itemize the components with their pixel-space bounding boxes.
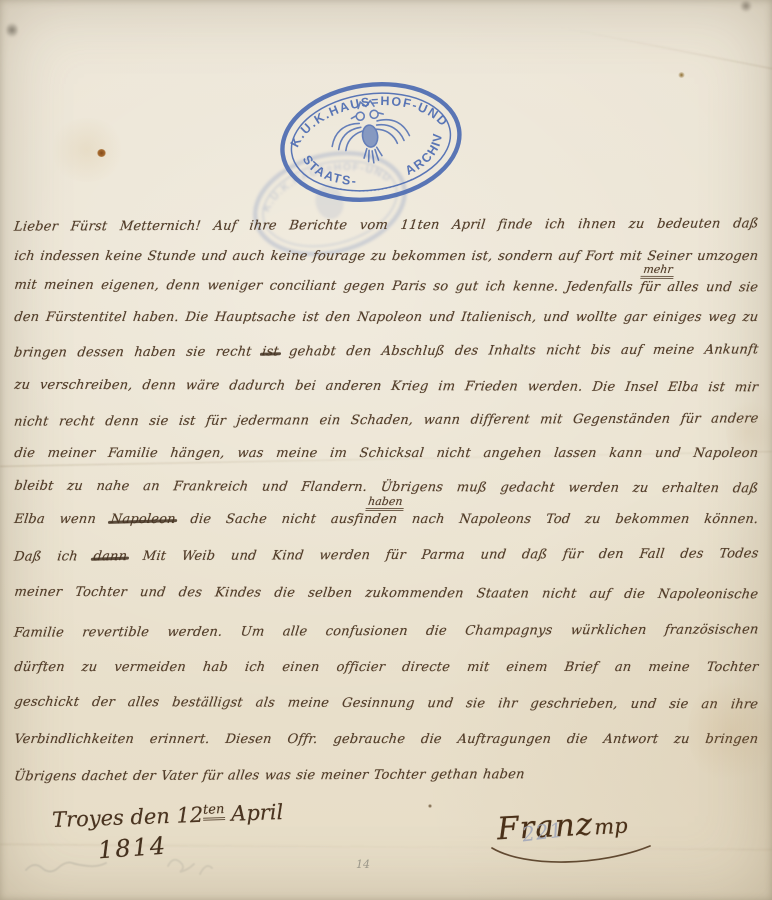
pencil-number: 221 (521, 818, 565, 847)
handwritten-line: Übrigens dachet der Vater für alles was … (12, 764, 663, 793)
handwritten-line: Verbindlichkeiten erinnert. Diesen Offr.… (12, 729, 759, 755)
handwritten-line: nicht recht denn sie ist für jedermann e… (12, 408, 759, 437)
paper: K.U.K.HAUS=HOF-UND K.U.K.HAUS=HOF-UND ST… (0, 0, 772, 900)
handwritten-line: Daß ich dann Mit Weib und Kind werden fü… (12, 543, 759, 572)
handwritten-line: zu verschreiben, denn wäre dadurch bei a… (13, 375, 760, 404)
handwritten-line: den Fürstentitel haben. Die Hauptsache i… (12, 307, 759, 333)
inserted-word: haben (365, 496, 405, 511)
struck-word: Napoleon (110, 512, 177, 527)
signature-mp: mp (594, 814, 629, 840)
handwritten-line: geschickt der alles beställigst als mein… (13, 692, 760, 721)
struck-word: ist (261, 344, 279, 359)
dateline-ordinal: ten (203, 802, 225, 821)
page-number-pencil: 14 (356, 858, 370, 871)
handwritten-line: mit meinen eigenen, denn weniger concili… (13, 275, 760, 304)
letter-body: Lieber Fürst Metternich! Auf ihre Berich… (0, 0, 772, 900)
edge-smudge (6, 22, 18, 38)
edge-smudge (740, 0, 752, 12)
inserted-word: mehr (640, 264, 675, 279)
handwritten-line: die meiner Familie hängen, was meine im … (12, 443, 759, 469)
handwritten-line: Elba wenn Napoleon die Sache nicht ausfi… (12, 509, 759, 535)
struck-word: dann (93, 549, 128, 564)
pencil-scribble-icon (18, 848, 248, 888)
dateline-month: April (224, 800, 284, 826)
handwritten-line: dürften zu vermeiden hab ich einen offic… (12, 657, 759, 683)
handwritten-line: bringen dessen haben sie recht ist gehab… (12, 339, 759, 368)
signature-flourish-icon (486, 842, 656, 868)
handwritten-line: Familie revertible werden. Um alle confu… (12, 619, 759, 648)
handwritten-line: meiner Tochter und des Kindes die selben… (13, 582, 760, 611)
handwritten-line: Lieber Fürst Metternich! Auf ihre Berich… (12, 213, 759, 242)
